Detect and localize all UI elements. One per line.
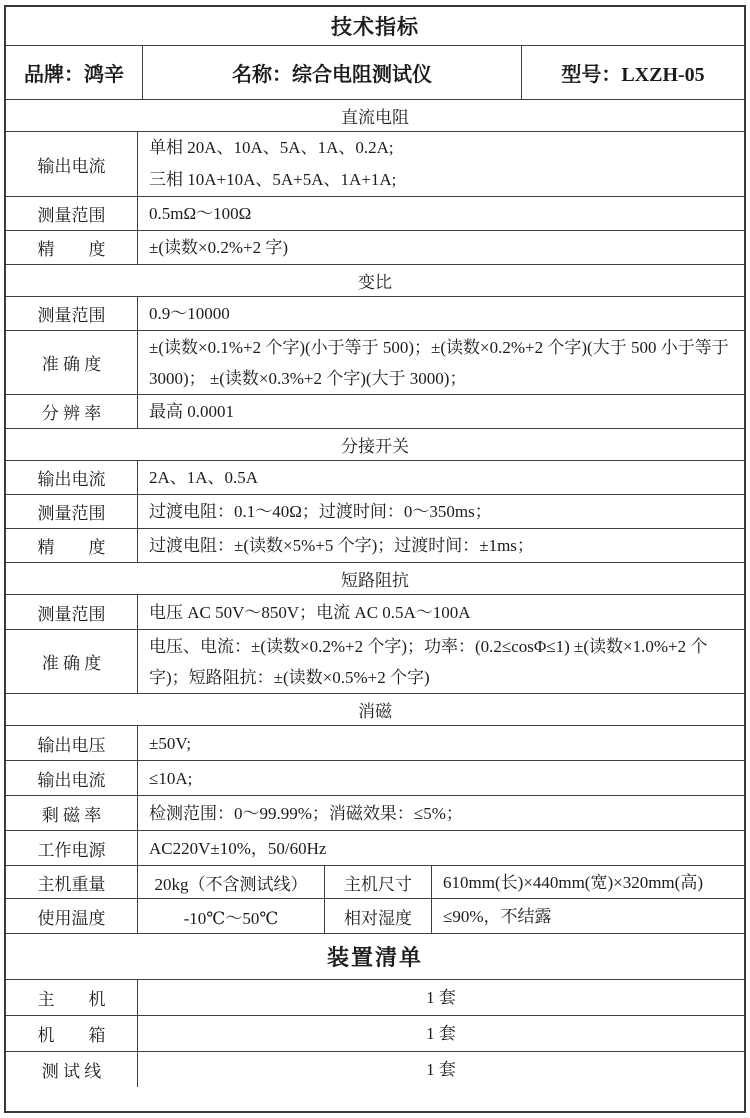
spec-row: 输出电压 ±50V; <box>6 725 744 760</box>
row-label: 工作电源 <box>6 831 137 865</box>
row-value: 20kg（不含测试线） <box>137 866 324 898</box>
dual-spec-row: 主机重量 20kg（不含测试线） 主机尺寸 610mm(长)×440mm(宽)×… <box>6 865 744 898</box>
spec-row: 准 确 度 电压、电流：±(读数×0.2%+2 个字)；功率：(0.2≤cosΦ… <box>6 629 744 693</box>
section-heading-tap-switch: 分接开关 <box>6 429 744 460</box>
section-header-row: 分接开关 <box>6 428 744 460</box>
row-value: 最高 0.0001 <box>137 395 744 428</box>
row-value: 0.9～10000 <box>137 297 744 330</box>
list-item-qty: 1 套 <box>137 1016 744 1051</box>
product-row: 品牌：鸿辛 名称：综合电阻测试仪 型号：LXZH-05 <box>6 45 744 99</box>
spec-row: 测量范围 0.5mΩ～100Ω <box>6 196 744 230</box>
list-heading: 装置清单 <box>6 934 744 979</box>
row-label: 输出电流 <box>6 132 137 196</box>
spec-row: 准 确 度 ±(读数×0.1%+2 个字)(小于等于 500)；±(读数×0.2… <box>6 330 744 394</box>
row-value: -10℃～50℃ <box>137 899 324 933</box>
row-label: 主机重量 <box>6 866 137 898</box>
row-label: 准 确 度 <box>6 630 137 693</box>
row-label: 输出电流 <box>6 461 137 494</box>
list-row: 机 箱 1 套 <box>6 1015 744 1051</box>
dual-spec-row: 使用温度 -10℃～50℃ 相对湿度 ≤90%，不结露 <box>6 898 744 933</box>
table-title: 技术指标 <box>6 7 744 45</box>
row-value: 过渡电阻：±(读数×5%+5 个字)；过渡时间：±1ms； <box>137 529 744 562</box>
row-label: 测量范围 <box>6 297 137 330</box>
product-name-cell: 名称：综合电阻测试仪 <box>142 46 521 99</box>
row-value: 610mm(长)×440mm(宽)×320mm(高) <box>431 866 744 898</box>
page: { "spec": { "title": "技术指标", "product": … <box>0 0 750 1118</box>
spec-row: 输出电流 ≤10A; <box>6 760 744 795</box>
model-cell: 型号：LXZH-05 <box>521 46 744 99</box>
row-label: 输出电压 <box>6 726 137 760</box>
spec-table: 技术指标 品牌：鸿辛 名称：综合电阻测试仪 型号：LXZH-05 直流电阻 输出… <box>4 5 746 1113</box>
spec-row: 精 度 ±(读数×0.2%+2 字) <box>6 230 744 264</box>
spec-row: 工作电源 AC220V±10%，50/60Hz <box>6 830 744 865</box>
section-header-row: 消磁 <box>6 693 744 725</box>
row-label: 相对湿度 <box>324 899 431 933</box>
row-value: 0.5mΩ～100Ω <box>137 197 744 230</box>
list-item-label: 测 试 线 <box>6 1052 137 1087</box>
row-label: 测量范围 <box>6 495 137 528</box>
row-label: 测量范围 <box>6 197 137 230</box>
spec-row: 剩 磁 率 检测范围：0～99.99%；消磁效果：≤5%； <box>6 795 744 830</box>
value-line-1: 单相 20A、10A、5A、1A、0.2A; <box>149 132 733 164</box>
row-value: ±50V; <box>137 726 744 760</box>
row-value: ±(读数×0.1%+2 个字)(小于等于 500)；±(读数×0.2%+2 个字… <box>137 331 744 394</box>
list-item-label: 机 箱 <box>6 1016 137 1051</box>
section-header-row: 变比 <box>6 264 744 296</box>
brand-cell: 品牌：鸿辛 <box>6 46 142 99</box>
row-label: 使用温度 <box>6 899 137 933</box>
row-label: 精 度 <box>6 529 137 562</box>
spec-row: 输出电流 单相 20A、10A、5A、1A、0.2A; 三相 10A+10A、5… <box>6 131 744 196</box>
row-label: 测量范围 <box>6 595 137 629</box>
row-value: 电压 AC 50V～850V；电流 AC 0.5A～100A <box>137 595 744 629</box>
row-label: 主机尺寸 <box>324 866 431 898</box>
list-item-qty: 1 套 <box>137 1052 744 1087</box>
row-value: ≤90%，不结露 <box>431 899 744 933</box>
value-line-2: 三相 10A+10A、5A+5A、1A+1A; <box>149 164 733 196</box>
row-value: ≤10A; <box>137 761 744 795</box>
spec-row: 测量范围 电压 AC 50V～850V；电流 AC 0.5A～100A <box>6 594 744 629</box>
list-row: 主 机 1 套 <box>6 979 744 1015</box>
spec-row: 测量范围 过渡电阻：0.1～40Ω；过渡时间：0～350ms； <box>6 494 744 528</box>
row-label: 剩 磁 率 <box>6 796 137 830</box>
row-value: 电压、电流：±(读数×0.2%+2 个字)；功率：(0.2≤cosΦ≤1) ±(… <box>137 630 744 693</box>
list-header-row: 装置清单 <box>6 933 744 979</box>
row-value: AC220V±10%，50/60Hz <box>137 831 744 865</box>
list-item-label: 主 机 <box>6 980 137 1015</box>
spec-row: 分 辨 率 最高 0.0001 <box>6 394 744 428</box>
row-value: 检测范围：0～99.99%；消磁效果：≤5%； <box>137 796 744 830</box>
list-row: 测 试 线 1 套 <box>6 1051 744 1087</box>
row-value: 过渡电阻：0.1～40Ω；过渡时间：0～350ms； <box>137 495 744 528</box>
row-label: 精 度 <box>6 231 137 264</box>
spec-row: 精 度 过渡电阻：±(读数×5%+5 个字)；过渡时间：±1ms； <box>6 528 744 562</box>
section-heading-demagnetization: 消磁 <box>6 694 744 725</box>
spec-row: 测量范围 0.9～10000 <box>6 296 744 330</box>
section-header-row: 短路阻抗 <box>6 562 744 594</box>
section-heading-dc-resistance: 直流电阻 <box>6 100 744 131</box>
spec-row: 输出电流 2A、1A、0.5A <box>6 460 744 494</box>
row-label: 输出电流 <box>6 761 137 795</box>
row-value: 2A、1A、0.5A <box>137 461 744 494</box>
section-heading-ratio: 变比 <box>6 265 744 296</box>
list-item-qty: 1 套 <box>137 980 744 1015</box>
row-label: 准 确 度 <box>6 331 137 394</box>
row-label: 分 辨 率 <box>6 395 137 428</box>
row-value: 单相 20A、10A、5A、1A、0.2A; 三相 10A+10A、5A+5A、… <box>137 132 744 196</box>
section-heading-short-circuit: 短路阻抗 <box>6 563 744 594</box>
title-row: 技术指标 <box>6 7 744 45</box>
section-header-row: 直流电阻 <box>6 99 744 131</box>
row-value: ±(读数×0.2%+2 字) <box>137 231 744 264</box>
